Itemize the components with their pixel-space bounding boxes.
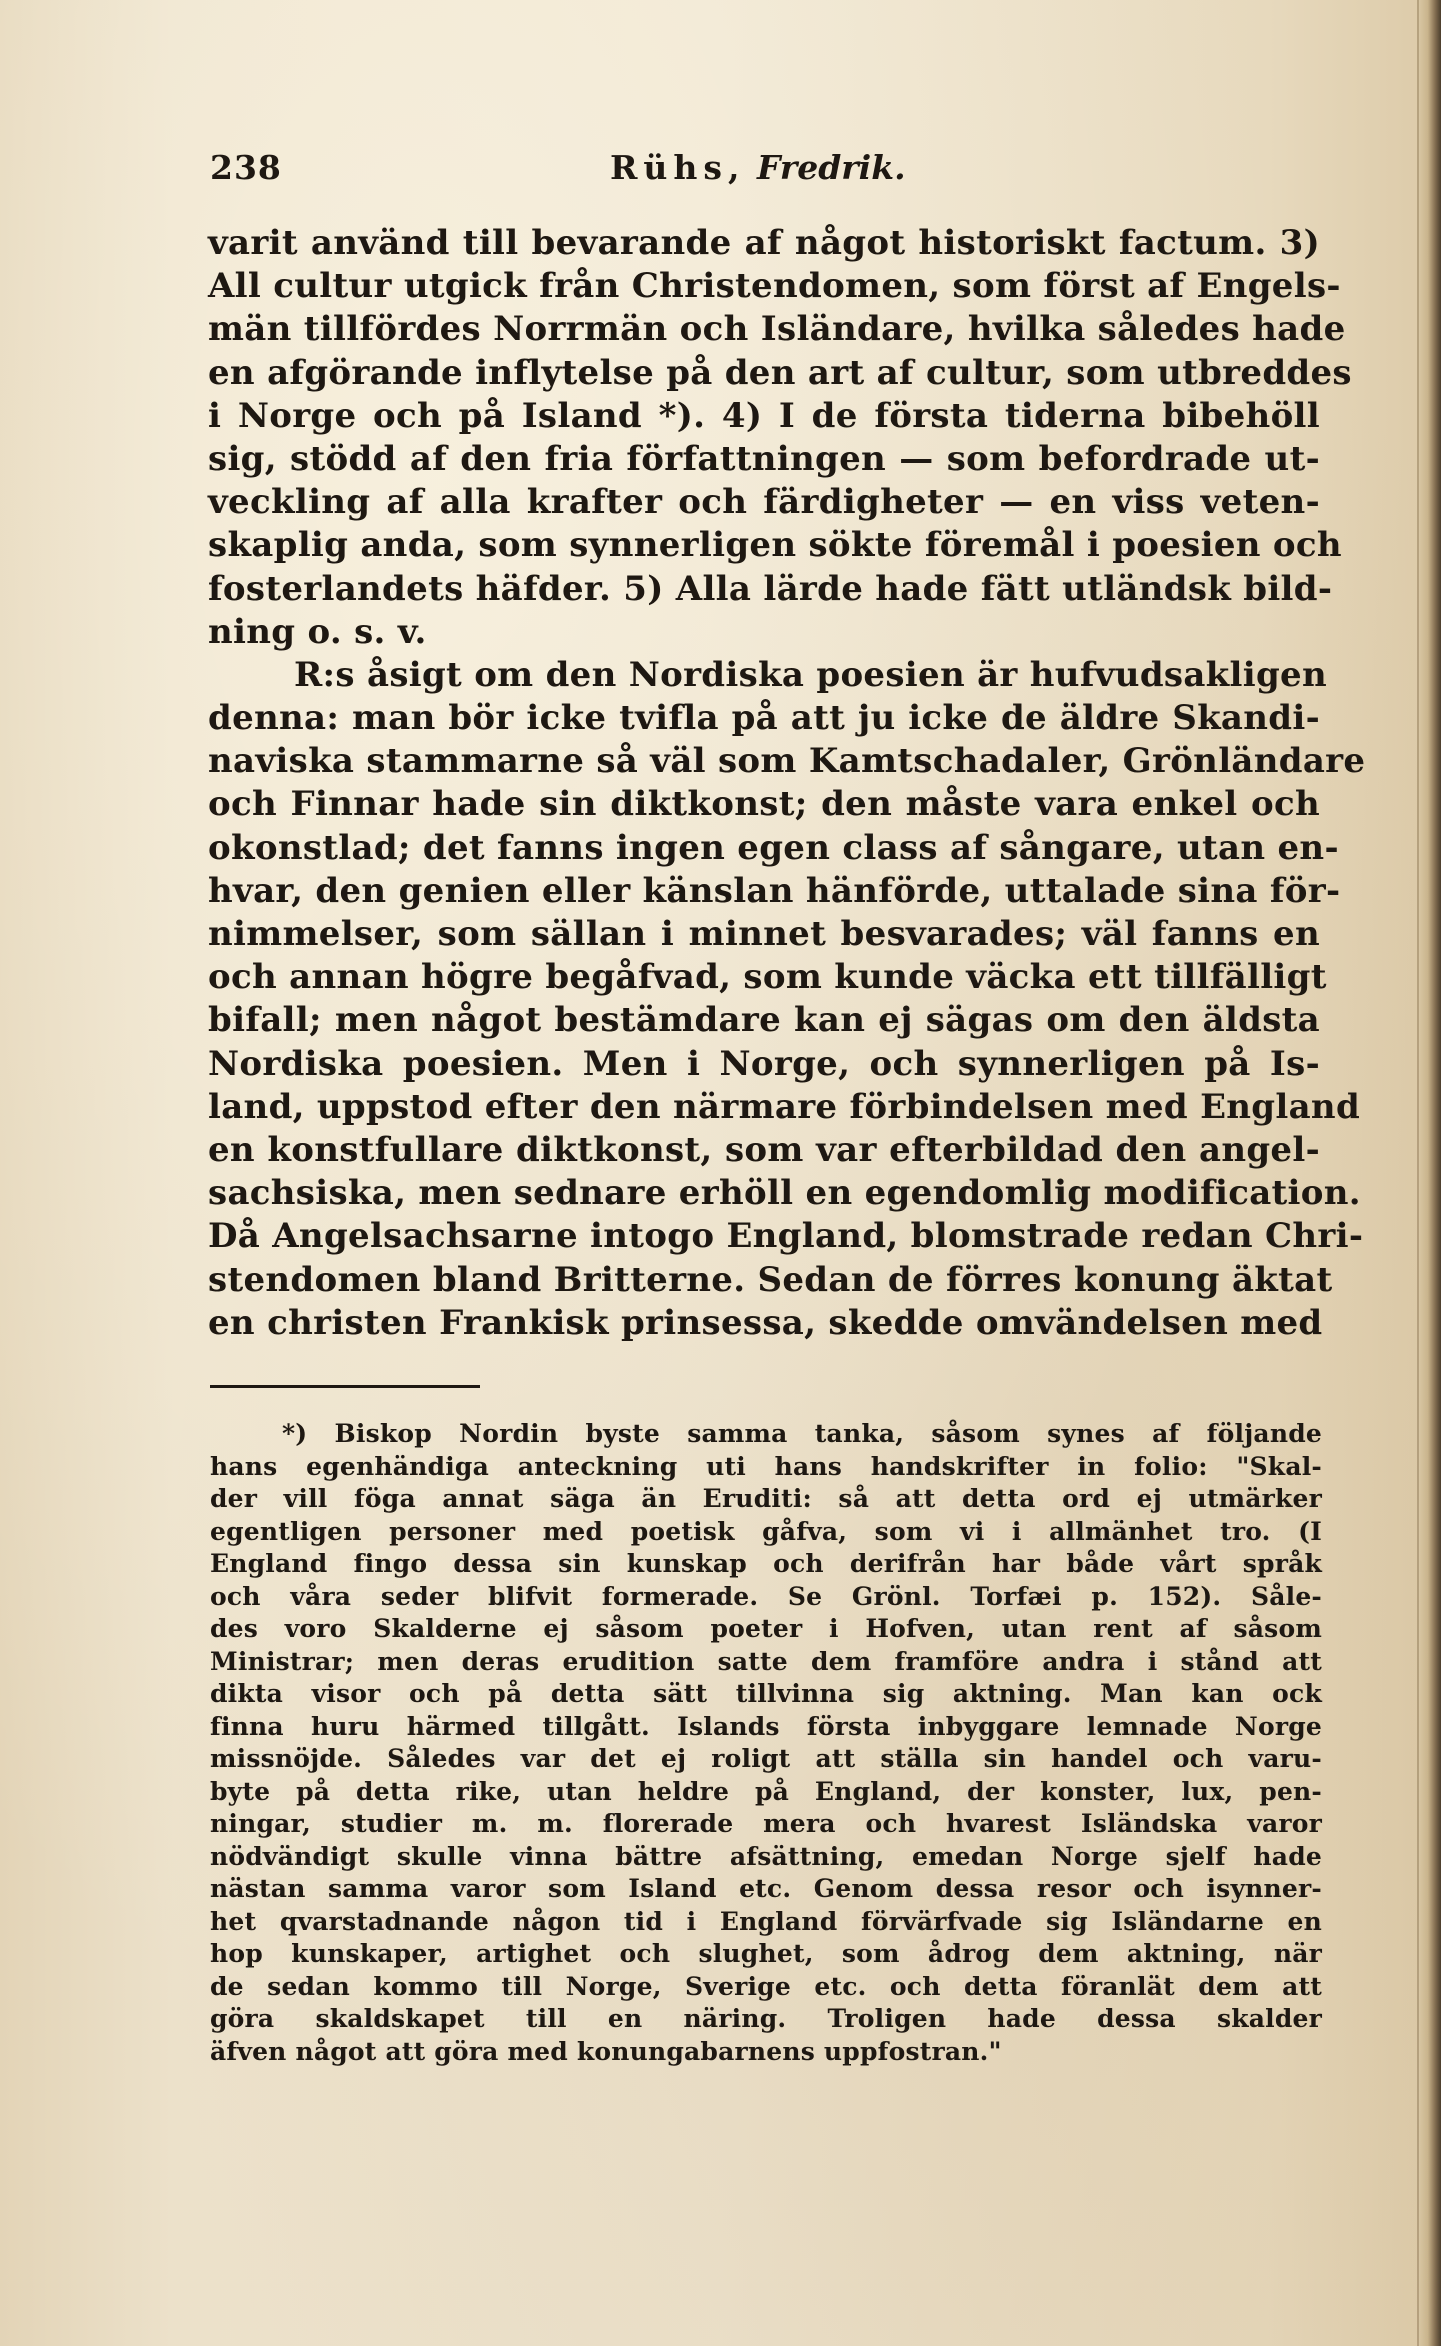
footnote: *) Biskop Nordin byste samma tanka, såso…	[210, 1418, 1322, 2068]
footnote-divider	[210, 1385, 480, 1388]
body-line: land, uppstod efter den närmare förbinde…	[208, 1086, 1320, 1129]
body-line: veckling af alla krafter och färdigheter…	[208, 481, 1320, 524]
footnote-first-line: *) Biskop Nordin byste samma tanka, såso…	[210, 1418, 1322, 1451]
running-head: 238 Rühs, Fredrik.	[210, 148, 910, 198]
running-title-surname: Rühs,	[610, 148, 745, 187]
body-line: okonstlad; det fanns ingen egen class af…	[208, 827, 1320, 870]
footnote-line: och våra seder blifvit formerade. Se Grö…	[210, 1581, 1322, 1614]
footnote-line: ningar, studier m. m. florerade mera och…	[210, 1808, 1322, 1841]
footnote-line: nästan samma varor som Island etc. Genom…	[210, 1873, 1322, 1906]
footnote-line: hans egenhändiga anteckning uti hans han…	[210, 1451, 1322, 1484]
body-line: bifall; men något bestämdare kan ej säga…	[208, 999, 1320, 1042]
footnote-line: de sedan kommo till Norge, Sverige etc. …	[210, 1971, 1322, 2004]
body-line: Nordiska poesien. Men i Norge, och synne…	[208, 1043, 1320, 1086]
body-line: män tillfördes Norrmän och Isländare, hv…	[208, 308, 1320, 351]
footnote-marker: *)	[282, 1419, 307, 1448]
body-line: denna: man bör icke tvifla på att ju ick…	[208, 697, 1320, 740]
footnote-text: Biskop Nordin byste samma tanka, såsom s…	[335, 1419, 1322, 1448]
footnote-line: hop kunskaper, artighet och slughet, som…	[210, 1938, 1322, 1971]
footnote-line: finna huru härmed tillgått. Islands förs…	[210, 1711, 1322, 1744]
body-line: sig, stödd af den fria författningen — s…	[208, 438, 1320, 481]
body-line: Då Angelsachsarne intogo England, blomst…	[208, 1215, 1320, 1258]
body-line: varit använd till bevarande af något his…	[208, 222, 1320, 265]
body-line: stendomen bland Britterne. Sedan de förr…	[208, 1259, 1320, 1302]
body-line: en konstfullare diktkonst, som var efter…	[208, 1129, 1320, 1172]
body-line: fosterlandets häfder. 5) Alla lärde hade…	[208, 568, 1320, 611]
footnote-line: egentligen personer med poetisk gåfva, s…	[210, 1516, 1322, 1549]
body-line: en christen Frankisk prinsessa, skedde o…	[208, 1302, 1320, 1345]
body-line: och annan högre begåfvad, som kunde väck…	[208, 956, 1320, 999]
footnote-line: byte på detta rike, utan heldre på Engla…	[210, 1776, 1322, 1809]
footnote-line: missnöjde. Således var det ej roligt att…	[210, 1743, 1322, 1776]
body-line: skaplig anda, som synnerligen sökte före…	[208, 524, 1320, 567]
footnote-line: het qvarstadnande någon tid i England fö…	[210, 1906, 1322, 1939]
body-text: varit använd till bevarande af något his…	[208, 222, 1320, 1345]
body-line: ning o. s. v.	[208, 611, 1320, 654]
book-page: 238 Rühs, Fredrik. varit använd till bev…	[0, 0, 1441, 2346]
footnote-line: des voro Skalderne ej såsom poeter i Hof…	[210, 1613, 1322, 1646]
body-line: naviska stammarne så väl som Kamtschadal…	[208, 740, 1320, 783]
body-line: nimmelser, som sällan i minnet besvarade…	[208, 913, 1320, 956]
body-line: en afgörande inflytelse på den art af cu…	[208, 352, 1320, 395]
footnote-line: göra skaldskapet till en näring. Trolige…	[210, 2003, 1322, 2036]
footnote-line: der vill föga annat säga än Eruditi: så …	[210, 1483, 1322, 1516]
page-edge-line	[1417, 0, 1419, 2346]
footnote-line: dikta visor och på detta sätt tillvinna …	[210, 1678, 1322, 1711]
page-number: 238	[210, 148, 282, 187]
running-title-given-name: Fredrik.	[757, 148, 906, 187]
body-line: sachsiska, men sednare erhöll en egendom…	[208, 1172, 1320, 1215]
footnote-line: Ministrar; men deras erudition satte dem…	[210, 1646, 1322, 1679]
footnote-line: nödvändigt skulle vinna bättre afsättnin…	[210, 1841, 1322, 1874]
body-line: All cultur utgick från Christendomen, so…	[208, 265, 1320, 308]
footnote-line: England fingo dessa sin kunskap och deri…	[210, 1548, 1322, 1581]
running-title: Rühs, Fredrik.	[610, 148, 906, 187]
body-line: och Finnar hade sin diktkonst; den måste…	[208, 783, 1320, 826]
footnote-line: äfven något att göra med konungabarnens …	[210, 2036, 1322, 2069]
page-edge-shadow	[1419, 0, 1441, 2346]
body-line: hvar, den genien eller känslan hänförde,…	[208, 870, 1320, 913]
paragraph-start-line: R:s åsigt om den Nordiska poesien är huf…	[208, 654, 1320, 697]
body-line: i Norge och på Island *). 4) I de första…	[208, 395, 1320, 438]
